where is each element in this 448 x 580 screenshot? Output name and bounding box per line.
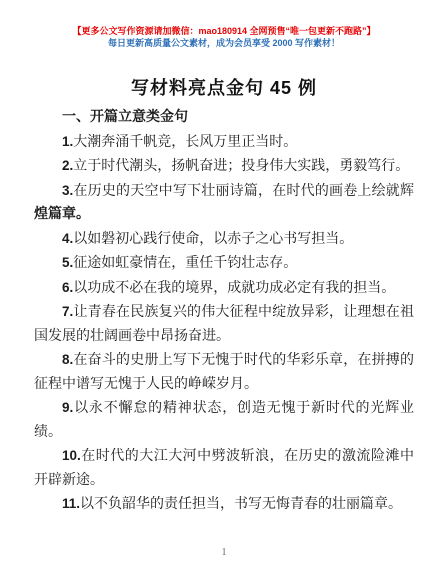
item-text: 以不负韶华的责任担当，书写无悔青春的壮丽篇章。 (80, 497, 402, 512)
item-number: 3. (62, 183, 73, 198)
promo-header: 【更多公文写作资源请加微信：mao180914 全网预售“唯一包更新不跑路”】 … (0, 0, 448, 49)
item-number: 5. (62, 255, 73, 270)
item-text: 让青春在民族复兴的伟大征程中绽放异彩，让理想在祖国发展的壮阔画卷中昂扬奋进。 (34, 305, 414, 344)
item-number: 7. (62, 304, 73, 319)
list-item: 1.大潮奔涌千帆竞，长风万里正当时。 (34, 130, 414, 155)
document-body: 一、开篇立意类金句 1.大潮奔涌千帆竞，长风万里正当时。 2.立于时代潮头，扬帆… (34, 106, 414, 517)
item-number: 11. (62, 496, 80, 511)
item-number: 9. (62, 400, 73, 415)
item-number: 10. (62, 448, 81, 463)
list-item: 3.在历史的天空中写下壮丽诗篇，在时代的画卷上绘就辉煌篇章。 (34, 179, 414, 227)
list-item: 8.在奋斗的史册上写下无愧于时代的华彩乐章，在拼搏的征程中谱写无愧于人民的峥嵘岁… (34, 348, 414, 396)
promo-line-blue: 每日更新高质量公文素材，成为会员享受 2000 写作素材！ (0, 37, 448, 49)
list-item: 11.以不负韶华的责任担当，书写无悔青春的壮丽篇章。 (34, 492, 414, 517)
section-heading: 一、开篇立意类金句 (34, 106, 414, 130)
list-item: 2.立于时代潮头，扬帆奋进；投身伟大实践，勇毅笃行。 (34, 154, 414, 179)
list-item: 9.以永不懈怠的精神状态，创造无愧于新时代的光辉业绩。 (34, 396, 414, 444)
item-number: 2. (62, 158, 73, 173)
item-text: 在时代的大江大河中劈波斩浪，在历史的激流险滩中开辟新途。 (34, 449, 414, 488)
item-number: 4. (62, 231, 73, 246)
item-text: 大潮奔涌千帆竞，长风万里正当时。 (73, 135, 297, 150)
item-text-bold: 煌篇章。 (34, 207, 90, 222)
promo-line-red: 【更多公文写作资源请加微信：mao180914 全网预售“唯一包更新不跑路”】 (0, 25, 448, 37)
item-text: 以如磐初心践行使命，以赤子之心书写担当。 (73, 232, 353, 247)
list-item: 6.以功成不必在我的境界，成就功成必定有我的担当。 (34, 276, 414, 301)
item-text: 在历史的天空中写下壮丽诗篇，在时代的画卷上绘就辉 (73, 184, 414, 199)
item-text: 以永不懈怠的精神状态，创造无愧于新时代的光辉业绩。 (34, 401, 414, 440)
page-number: 1 (0, 547, 448, 558)
item-number: 1. (62, 134, 73, 149)
section-heading-text: 一、开篇立意类金句 (62, 110, 188, 125)
item-text: 立于时代潮头，扬帆奋进；投身伟大实践，勇毅笃行。 (73, 159, 409, 174)
item-text: 以功成不必在我的境界，成就功成必定有我的担当。 (73, 281, 395, 296)
list-item: 10.在时代的大江大河中劈波斩浪，在历史的激流险滩中开辟新途。 (34, 444, 414, 492)
list-item: 7.让青春在民族复兴的伟大征程中绽放异彩，让理想在祖国发展的壮阔画卷中昂扬奋进。 (34, 300, 414, 348)
page-title: 写材料亮点金句 45 例 (0, 76, 448, 100)
item-number: 8. (62, 352, 73, 367)
item-number: 6. (62, 280, 73, 295)
list-item: 5.征途如虹豪情在，重任千钧壮志存。 (34, 251, 414, 276)
item-text: 在奋斗的史册上写下无愧于时代的华彩乐章，在拼搏的征程中谱写无愧于人民的峥嵘岁月。 (34, 353, 414, 392)
list-item: 4.以如磐初心践行使命，以赤子之心书写担当。 (34, 227, 414, 252)
item-text: 征途如虹豪情在，重任千钧壮志存。 (73, 256, 297, 271)
